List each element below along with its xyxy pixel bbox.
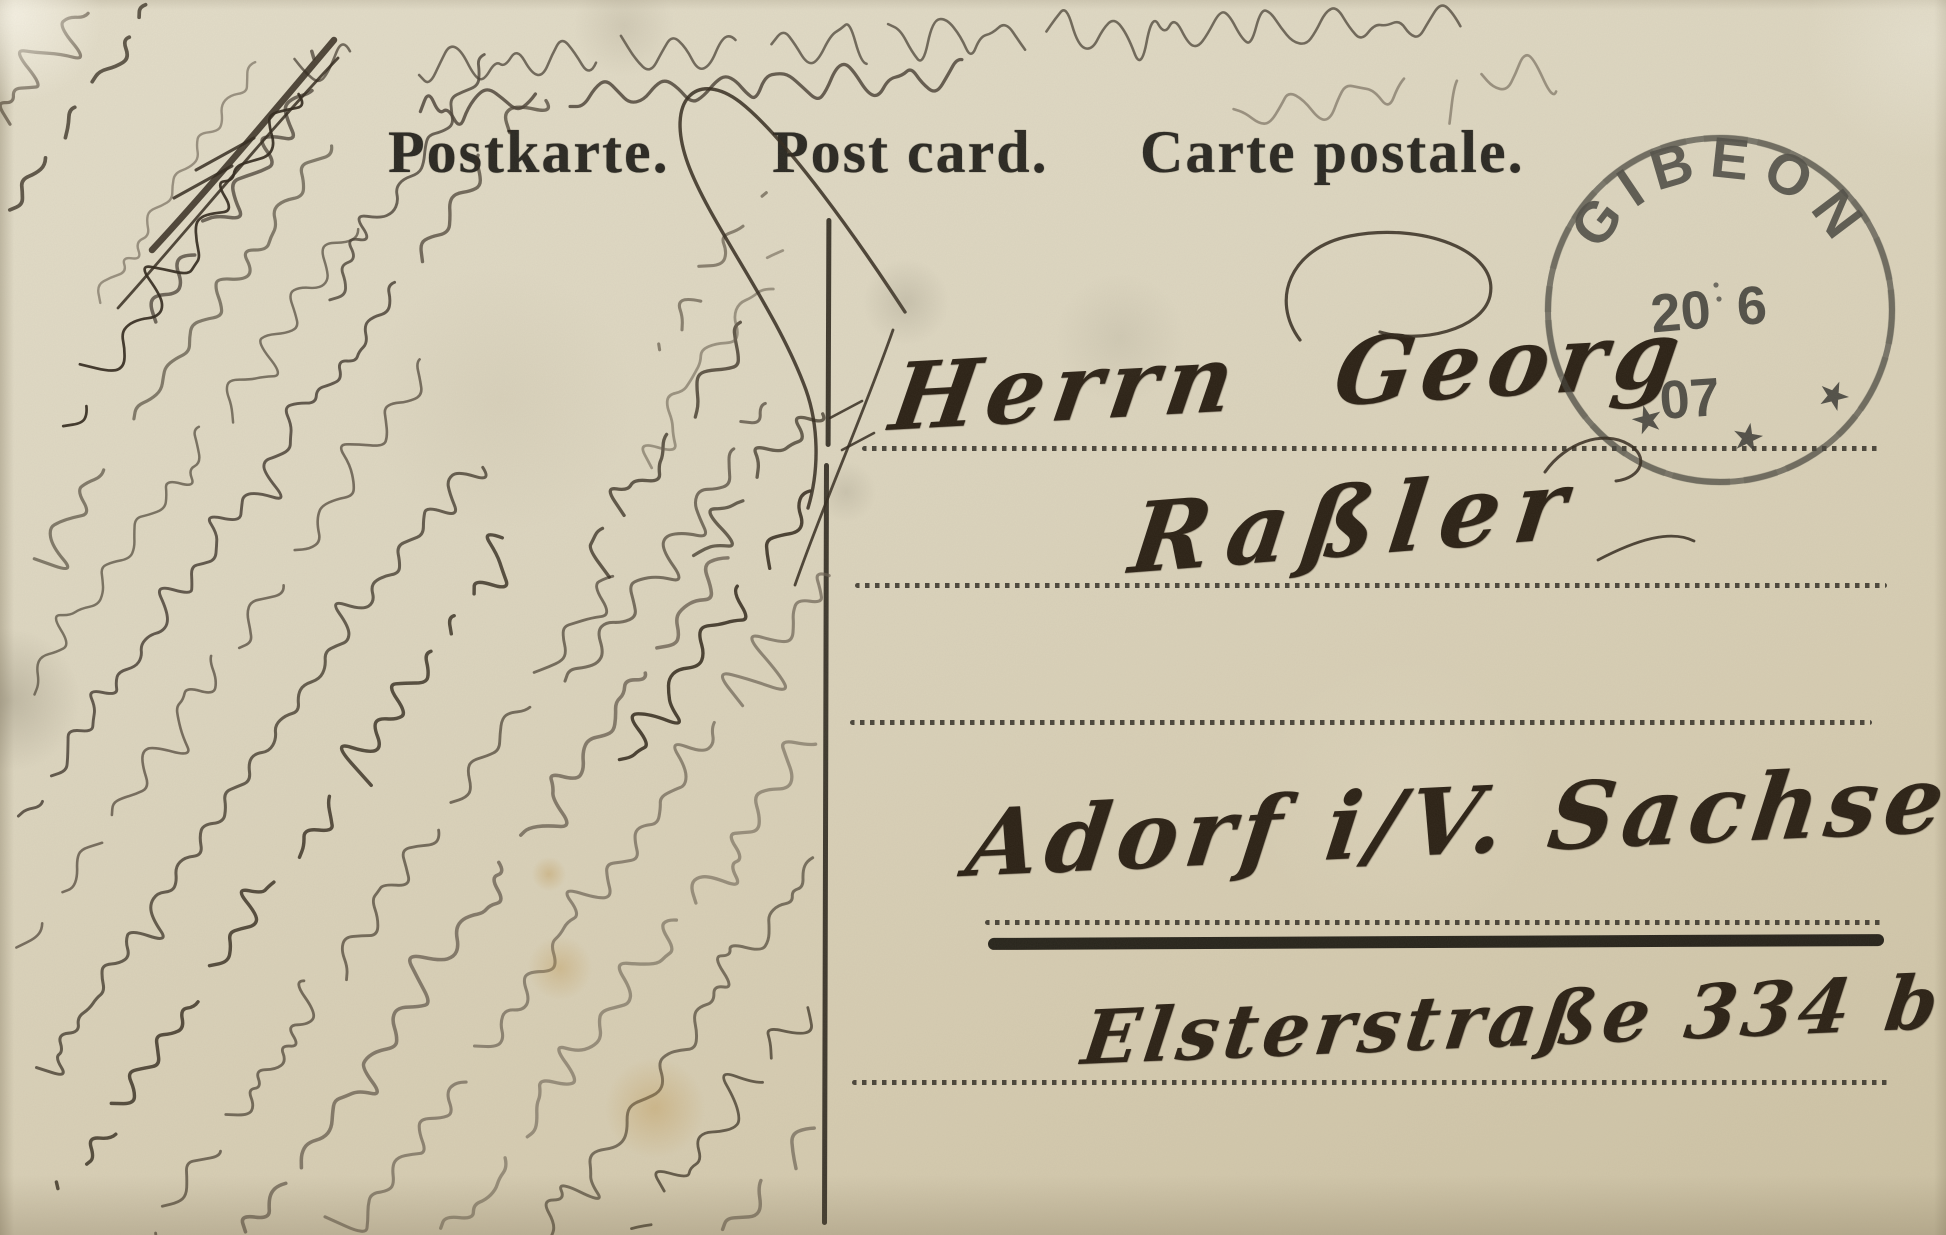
header-postkarte: Postkarte. xyxy=(388,122,670,182)
address-dotted-line-4 xyxy=(985,920,1882,925)
postmark-stamp: GIBEON 20 6 07 ★ ★ ★ xyxy=(1530,115,1920,505)
postmark-town: GIBEON xyxy=(1558,125,1882,259)
postmark-dot xyxy=(1713,282,1718,287)
header-carte-postale: Carte postale. xyxy=(1140,122,1525,182)
address-underline-stroke xyxy=(988,934,1884,950)
address-street: Elsterstraße 334 b xyxy=(1078,965,1946,1076)
address-recipient-surname: Raßler xyxy=(1125,455,1586,588)
postmark-day: 20 xyxy=(1648,280,1713,345)
postmark-star: ★ xyxy=(1730,417,1767,460)
postmark-dot xyxy=(1716,296,1721,301)
postcard: Postkarte. Post card. Carte postale. Her… xyxy=(0,0,1946,1235)
address-dotted-line-5 xyxy=(852,1080,1888,1085)
address-dotted-line-2 xyxy=(855,583,1887,588)
address-town: Adorf i/V. Sachsen xyxy=(962,749,1946,890)
divider-line-lower xyxy=(822,463,829,1225)
address-dotted-line-3 xyxy=(850,720,1872,725)
header-post-card: Post card. xyxy=(772,122,1049,182)
postmark-year: 07 xyxy=(1658,367,1722,431)
postmark-month: 6 xyxy=(1735,275,1768,336)
postmark-star: ★ xyxy=(1812,373,1854,420)
divider-line-upper xyxy=(826,218,832,447)
